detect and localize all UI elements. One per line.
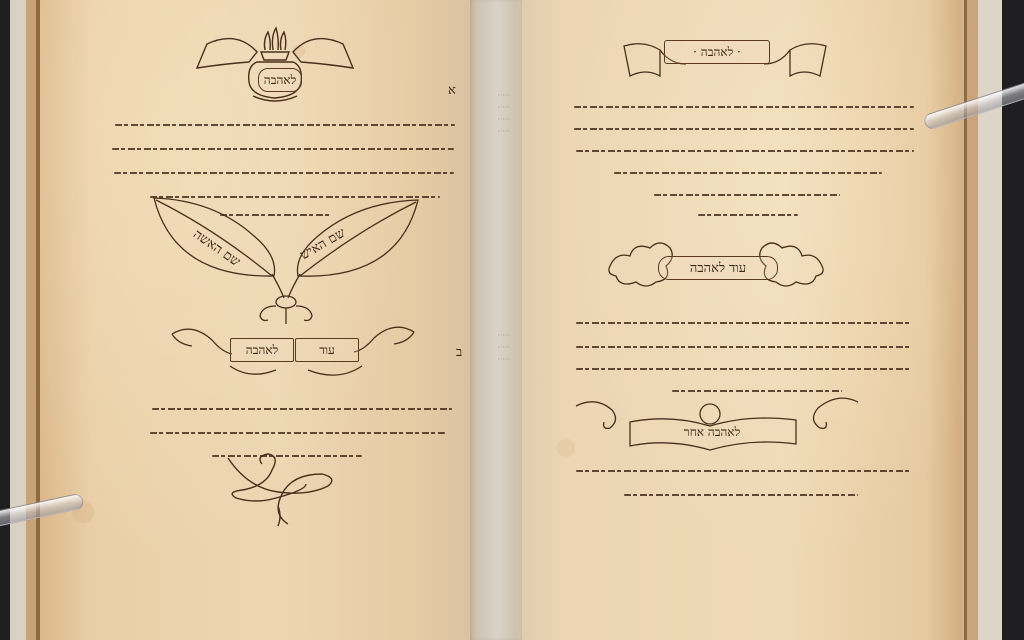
- manuscript-photo: לאהבה א שם האשה שם האיש: [0, 0, 1024, 640]
- winged-urn-icon: [195, 22, 355, 112]
- gutter-mark: ב: [456, 344, 462, 360]
- text-line: [150, 432, 445, 434]
- left-page: לאהבה א שם האשה שם האיש: [40, 0, 472, 640]
- banner-label-left: לאהבה: [230, 338, 294, 362]
- book-cover-left-edge: [0, 0, 44, 640]
- banner-label-right: עוד: [295, 338, 359, 362]
- bleed-through-text: ····················: [480, 90, 510, 170]
- top-banner-label: · לאהבה ·: [664, 40, 770, 64]
- text-line: [614, 172, 882, 174]
- text-line: [152, 408, 452, 410]
- knot-flourish-icon: [222, 456, 342, 526]
- text-line: [574, 128, 914, 130]
- text-line: [576, 368, 912, 370]
- text-line: [576, 346, 912, 348]
- text-line: [112, 148, 454, 150]
- twin-leaves-icon: [148, 194, 428, 324]
- text-line: [698, 214, 798, 216]
- text-line: [115, 124, 455, 126]
- text-line: [574, 106, 914, 108]
- urn-label: לאהבה: [258, 68, 302, 92]
- text-line: [576, 322, 912, 324]
- lower-banner-label: לאהבה אחר: [660, 422, 764, 442]
- bleed-through-text: ···············: [480, 330, 510, 410]
- right-page: · לאהבה · עוד לאהבה לאהבה אחר: [522, 0, 962, 640]
- margin-mark: א: [448, 82, 456, 98]
- text-line: [624, 494, 858, 496]
- text-line: [576, 470, 912, 472]
- middle-banner-label: עוד לאהבה: [658, 256, 778, 280]
- book-gutter: ···················· ···············: [470, 0, 526, 640]
- text-line: [114, 172, 454, 174]
- text-line: [654, 194, 840, 196]
- text-line: [576, 150, 914, 152]
